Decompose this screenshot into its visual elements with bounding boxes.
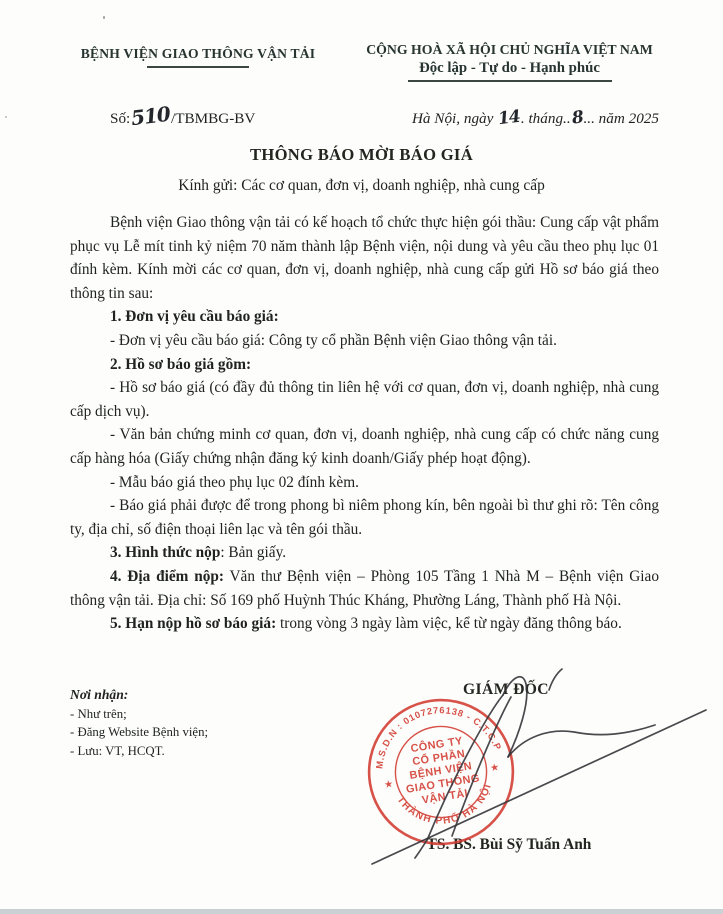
document-page: BỆNH VIỆN GIAO THÔNG VẬN TẢI CỘNG HOÀ XÃ… <box>0 0 723 914</box>
date-line: Hà Nội, ngày 14. tháng..8... năm 2025 <box>412 108 659 128</box>
org-name-underline <box>147 66 249 68</box>
date-month-handwritten: 8 <box>570 107 583 128</box>
recipient-item: - Đăng Website Bệnh viện; <box>70 723 208 742</box>
body-paragraph: 3. Hình thức nộp: Bản giấy. <box>70 541 659 565</box>
date-place: Hà Nội, ngày <box>412 110 497 127</box>
salutation-line: Kính gửi: Các cơ quan, đơn vị, doanh ngh… <box>0 177 723 195</box>
header-national-block: CỘNG HOÀ XÃ HỘI CHỦ NGHĨA VIỆT NAM Độc l… <box>344 42 675 82</box>
document-number: Số:510/TBMBG-BV <box>110 104 255 128</box>
star-icon: ★ <box>489 762 500 774</box>
recipients-block: Nơi nhận: - Như trên;- Đăng Website Bệnh… <box>70 686 208 760</box>
number-prefix: Số: <box>110 110 130 127</box>
body-paragraph: - Văn bản chứng minh cơ quan, đơn vị, do… <box>70 423 659 470</box>
company-stamp: M.S.D.N : 0107276138 - C.T.C.P THÀNH PHỐ… <box>360 691 522 853</box>
national-motto-line2: Độc lập - Tự do - Hạnh phúc <box>344 60 675 77</box>
signature-wave <box>508 725 655 757</box>
body-paragraph: - Mẫu báo giá theo phụ lục 02 đính kèm. <box>70 471 659 495</box>
scan-speck <box>103 16 105 19</box>
date-day-handwritten: 14 <box>497 107 521 129</box>
scan-edge <box>0 909 723 914</box>
date-year-label: ... năm 2025 <box>583 110 659 127</box>
scan-speck <box>5 116 7 118</box>
document-header: BỆNH VIỆN GIAO THÔNG VẬN TẢI CỘNG HOÀ XÃ… <box>52 42 675 82</box>
body-paragraph: 1. Đơn vị yêu cầu báo giá: <box>70 305 659 329</box>
national-motto-line1: CỘNG HOÀ XÃ HỘI CHỦ NGHĨA VIỆT NAM <box>344 42 675 58</box>
star-icon: ★ <box>383 779 394 791</box>
recipients-heading: Nơi nhận: <box>70 686 208 705</box>
header-org-block: BỆNH VIỆN GIAO THÔNG VẬN TẢI <box>52 42 344 82</box>
recipient-item: - Lưu: VT, HCQT. <box>70 742 208 761</box>
body-paragraph: 4. Địa điểm nộp: Văn thư Bệnh viện – Phò… <box>70 565 659 612</box>
date-month-label: . tháng.. <box>521 110 571 127</box>
motto-underline <box>408 80 612 82</box>
body-paragraph: - Hồ sơ báo giá (có đầy đủ thông tin liê… <box>70 376 659 423</box>
org-name: BỆNH VIỆN GIAO THÔNG VẬN TẢI <box>52 46 344 62</box>
body-paragraph: - Đơn vị yêu cầu báo giá: Công ty cổ phầ… <box>70 329 659 353</box>
document-title: THÔNG BÁO MỜI BÁO GIÁ <box>0 145 723 165</box>
body-paragraph: 2. Hồ sơ báo giá gồm: <box>70 353 659 377</box>
recipients-list: - Như trên;- Đăng Website Bệnh viện;- Lư… <box>70 705 208 761</box>
body-paragraphs: Bệnh viện Giao thông vận tải có kế hoạch… <box>70 211 659 636</box>
body-paragraph: - Báo giá phải được để trong phong bì ni… <box>70 494 659 541</box>
body-paragraph: Bệnh viện Giao thông vận tải có kế hoạch… <box>70 211 659 305</box>
number-handwritten: 510 <box>130 102 171 131</box>
number-suffix: /TBMBG-BV <box>171 110 255 127</box>
recipient-item: - Như trên; <box>70 705 208 724</box>
reference-row: Số:510/TBMBG-BV Hà Nội, ngày 14. tháng..… <box>70 104 659 128</box>
body-paragraph: 5. Hạn nộp hồ sơ báo giá: trong vòng 3 n… <box>70 612 659 636</box>
